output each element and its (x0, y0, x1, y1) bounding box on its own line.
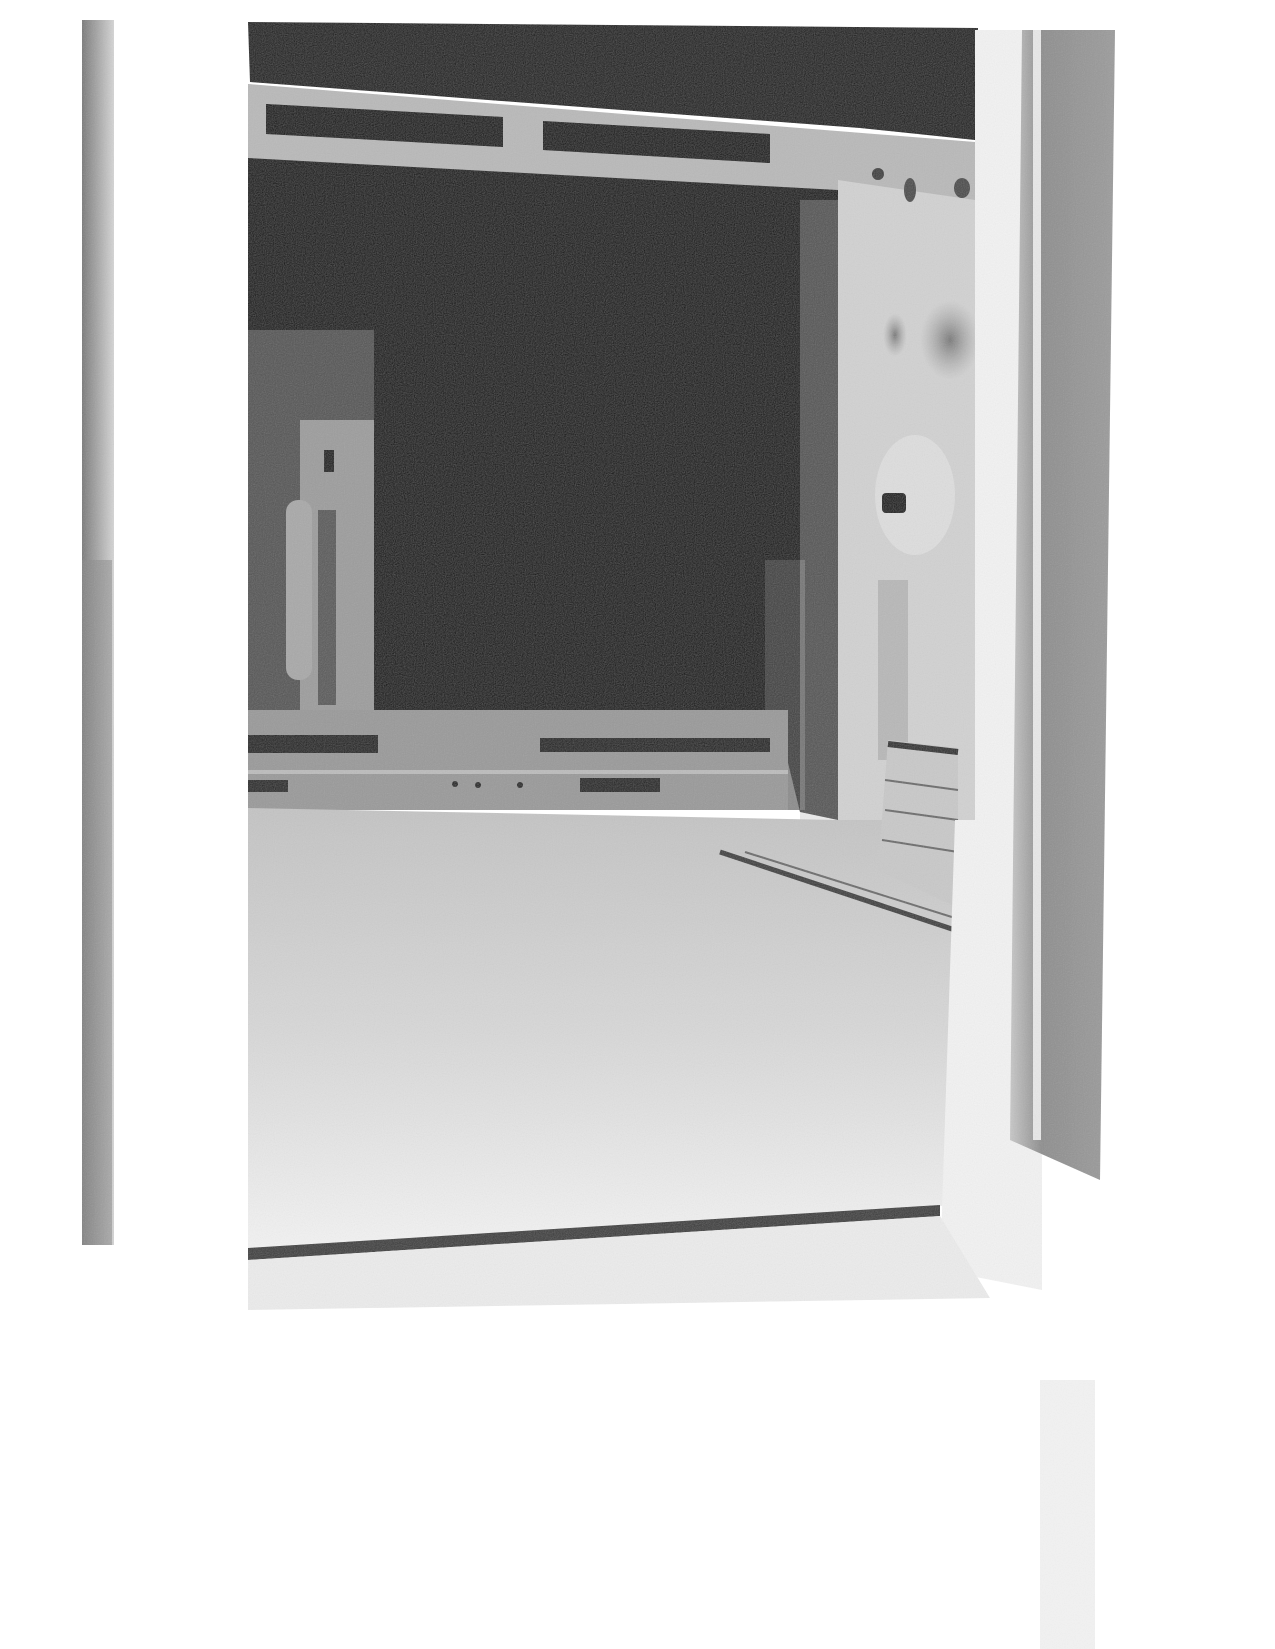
lower-wash (1040, 1380, 1095, 1649)
wall-light-patch (878, 580, 908, 760)
door-edge-highlight (1033, 30, 1041, 1140)
wall-mark (904, 178, 916, 202)
wall-stain-upper (920, 300, 980, 380)
wall-square (882, 493, 906, 513)
open-door (1010, 30, 1115, 1180)
left-door-jamb (82, 20, 114, 1245)
photograph (0, 0, 1275, 1649)
photo-canvas (0, 0, 1275, 1649)
panel-square (324, 450, 334, 472)
floor (248, 808, 955, 1255)
wall-mark (954, 178, 970, 198)
wall-stain-left (883, 313, 907, 357)
wall-bolt (872, 168, 884, 180)
left-wall-panel (248, 330, 374, 710)
